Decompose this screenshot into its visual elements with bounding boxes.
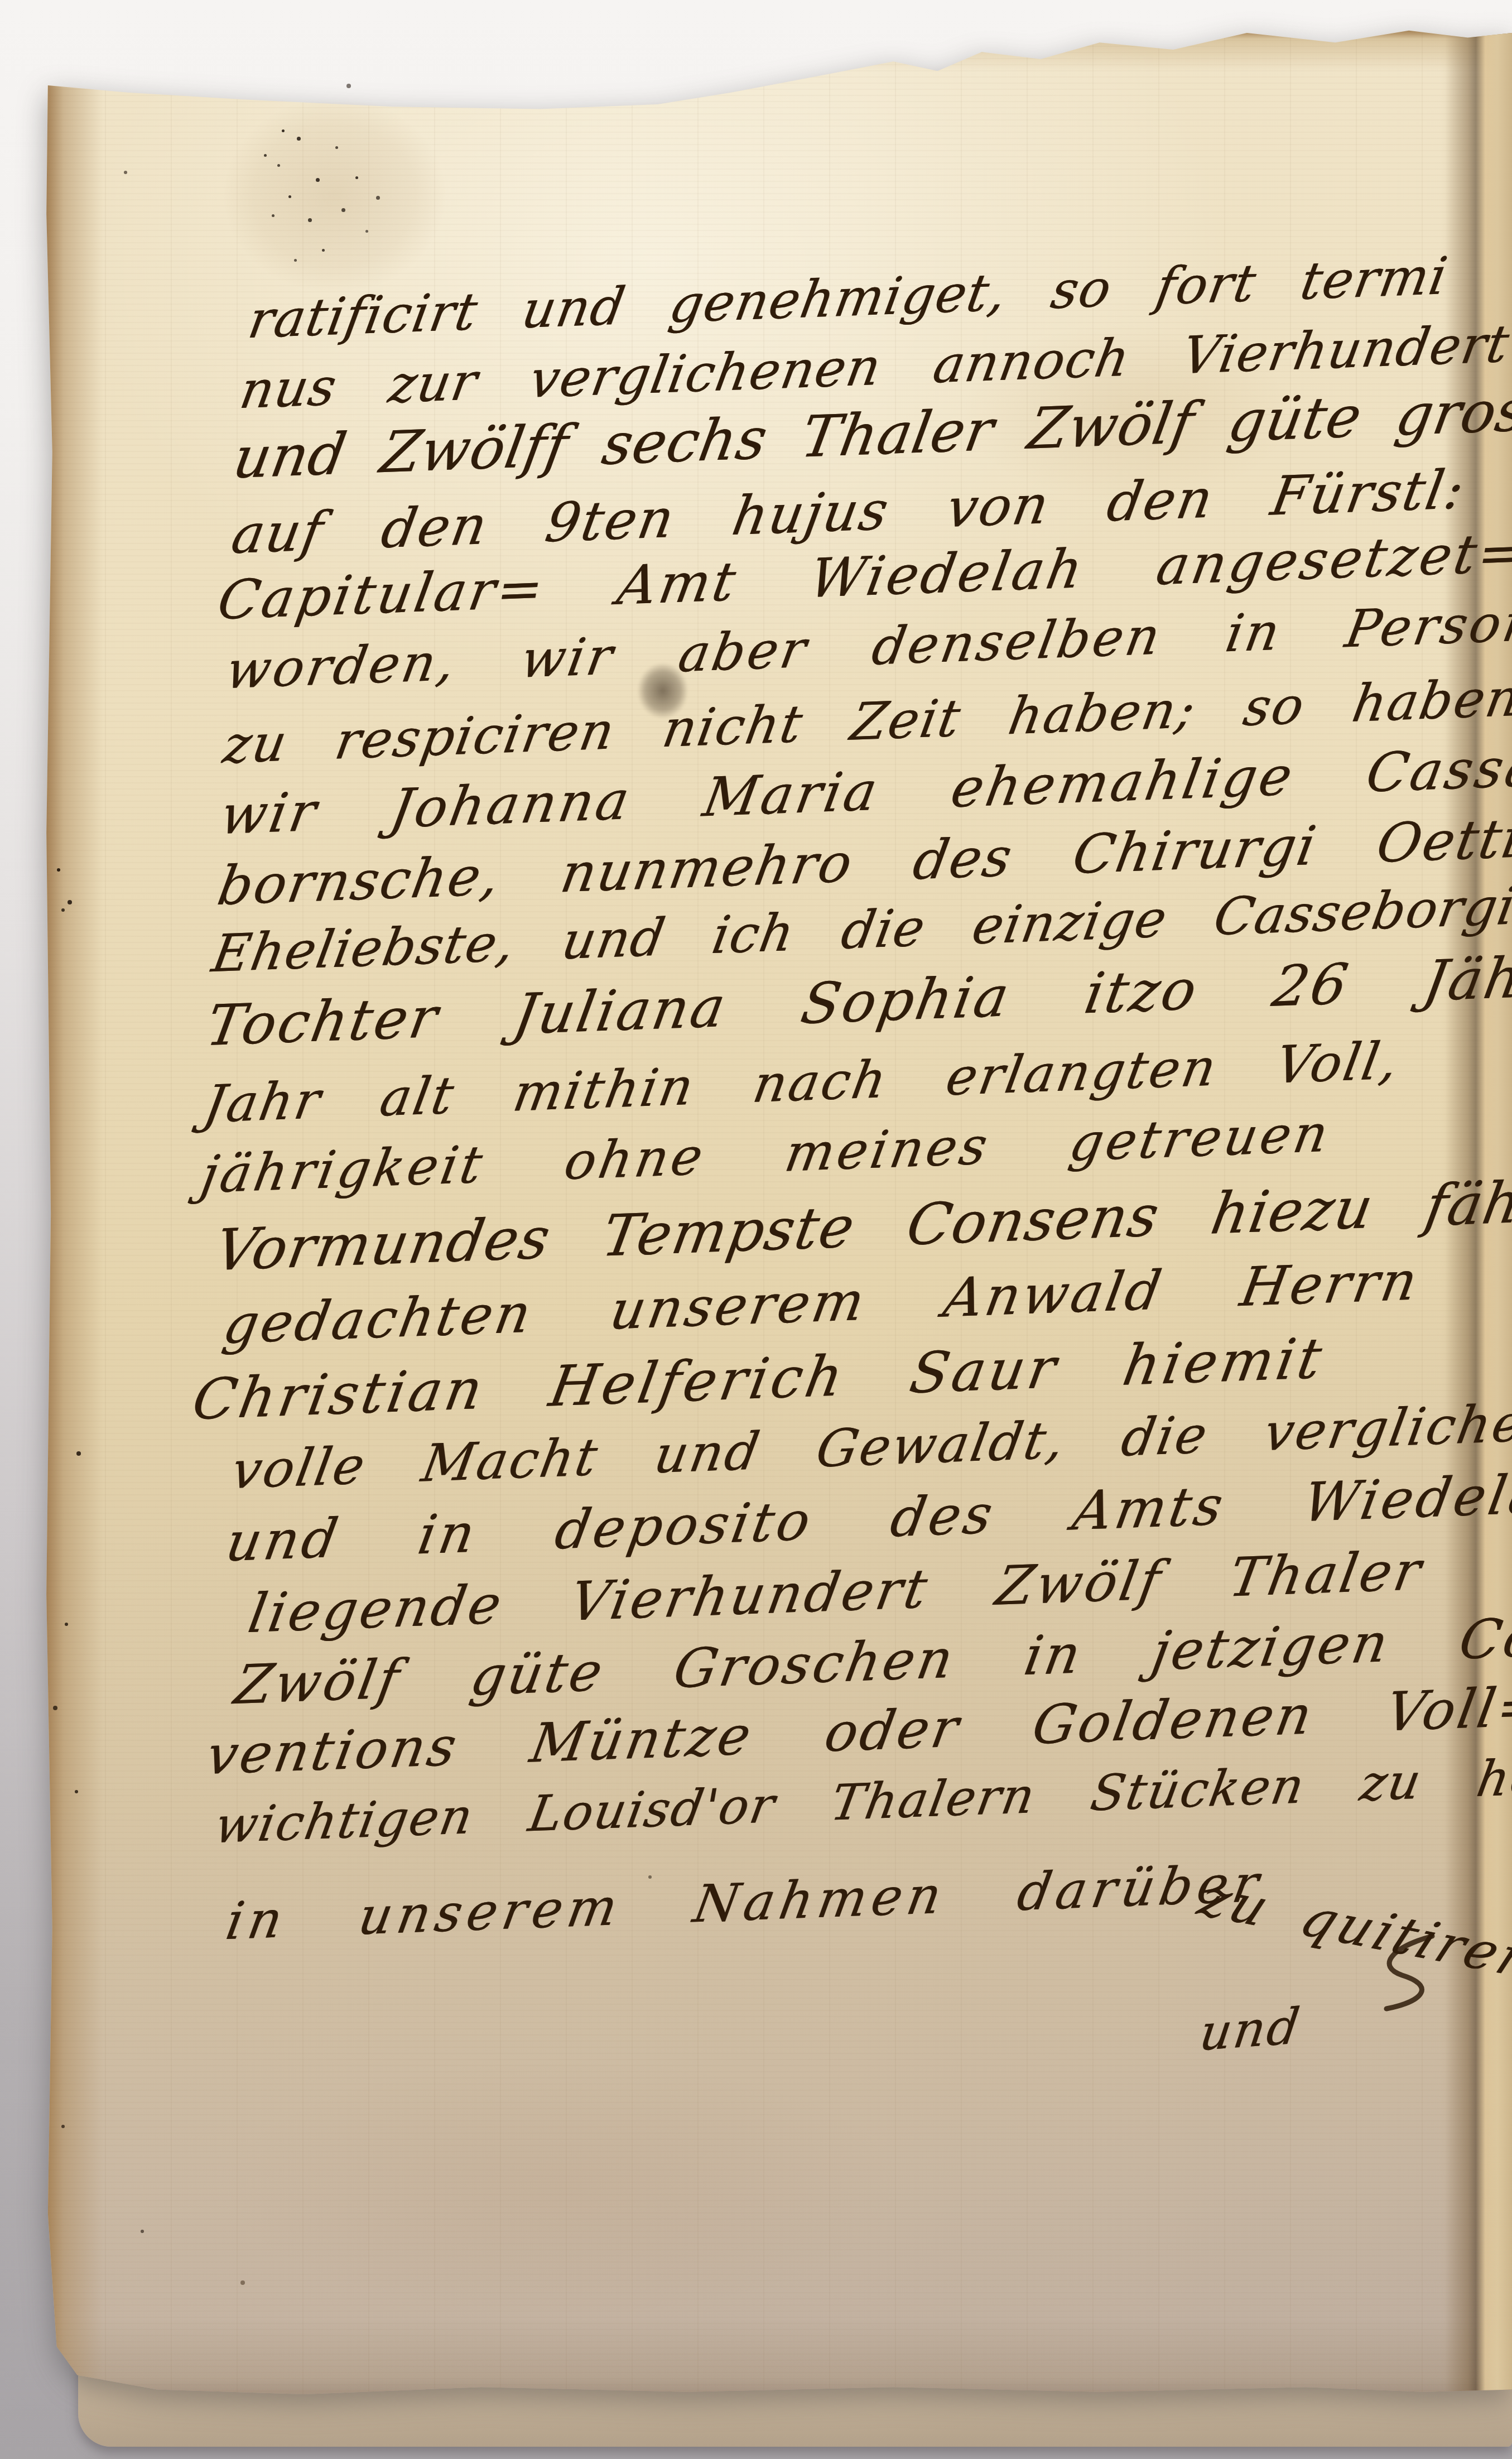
catchword: und	[1196, 1997, 1304, 2062]
pen-flourish	[1370, 1932, 1453, 2015]
manuscript-line: in unserem Nahmen darüber	[221, 1853, 1268, 1951]
handwritten-text-block: ratificirt und genehmiget, so fort termi…	[0, 0, 1512, 2459]
manuscript-line: zu quitiren	[1190, 1869, 1512, 1991]
document-scan: ratificirt und genehmiget, so fort termi…	[0, 0, 1512, 2459]
